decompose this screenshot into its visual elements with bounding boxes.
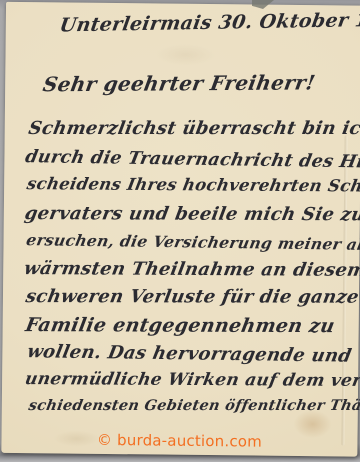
watermark: © burda-auction.com	[97, 431, 262, 451]
handwritten-line: schweren Verluste für die ganze	[24, 286, 360, 308]
handwritten-line: wollen. Das hervorragende und	[25, 341, 353, 366]
paper-stain	[294, 410, 332, 438]
letter-photo: Unterleirmais 30. Oktober 1905. Sehr gee…	[0, 0, 360, 462]
handwritten-line: wärmsten Theilnahme an diesem	[22, 258, 360, 281]
paper-stain	[53, 430, 99, 446]
handwritten-line: Familie entgegennehmen zu	[24, 314, 337, 337]
letter-dateline: Unterleirmais 30. Oktober 1905.	[58, 8, 360, 36]
paper-stain	[155, 43, 215, 66]
handwritten-line: unermüdliche Wirken auf dem ver-	[23, 369, 360, 391]
handwritten-line: Schmerzlichst überrascht bin ich	[27, 118, 360, 139]
handwritten-line: ersuchen, die Versicherung meiner aller-	[25, 230, 360, 254]
handwritten-line: gervaters und beeile mich Sie zu	[23, 203, 360, 225]
handwritten-line: durch die Trauernachricht des Hin-	[24, 147, 360, 173]
letter-paper: Unterleirmais 30. Oktober 1905. Sehr gee…	[1, 2, 360, 457]
handwritten-line: schiedensten Gebieten öffentlicher Thäti…	[27, 397, 360, 414]
letter-salutation: Sehr geehrter Freiherr!	[41, 70, 317, 96]
handwritten-line: scheidens Ihres hochverehrten Schwie-	[25, 174, 360, 196]
